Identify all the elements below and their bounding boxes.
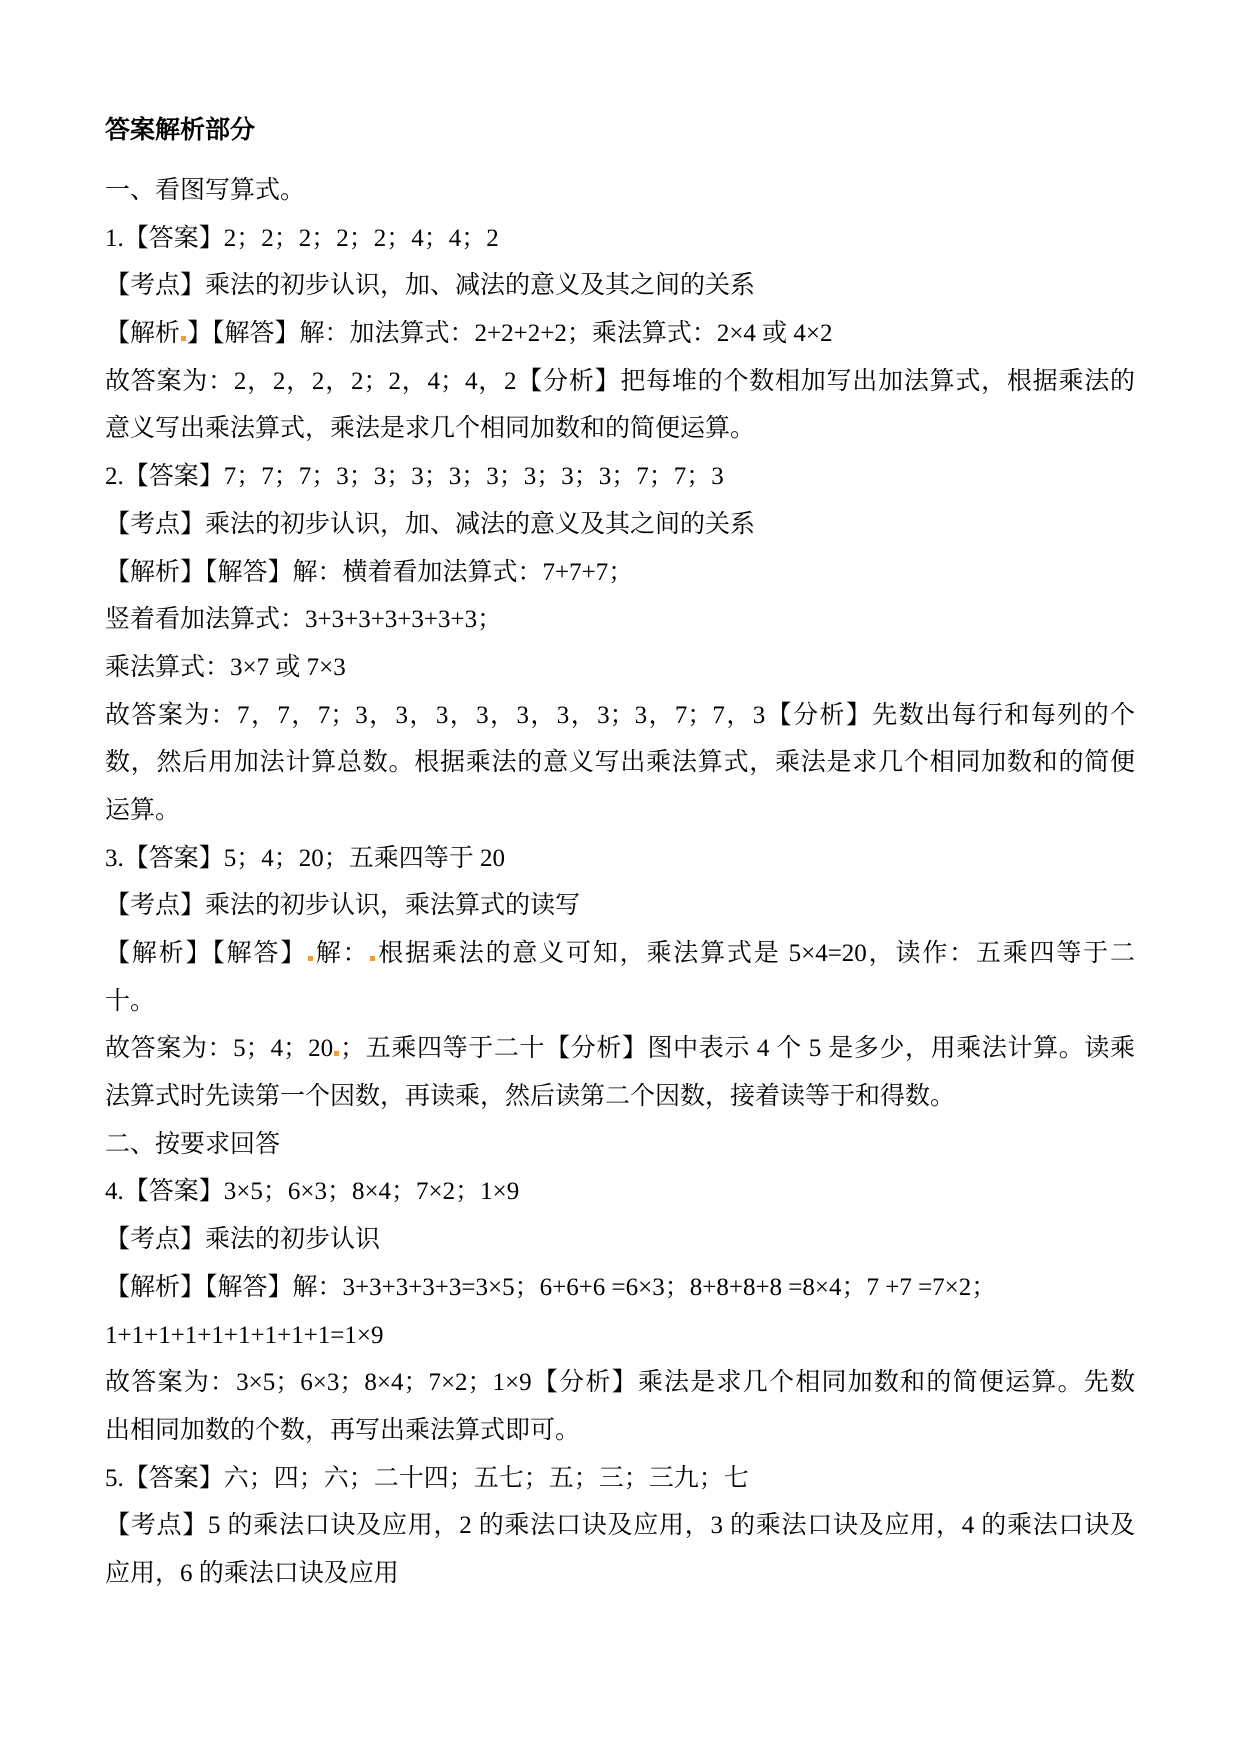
document-line: 【解析】【解答】解：根据乘法的意义可知，乘法算式是 5×4=20，读作：五乘四等… xyxy=(105,930,1135,978)
document-line: 1+1+1+1+1+1+1+1+1=1×9 xyxy=(105,1312,1135,1360)
document-line: 故答案为：7，7，7；3，3，3，3，3，3，3；3，7；7，3【分析】先数出每… xyxy=(105,692,1135,740)
document-line: 【解析】【解答】解：横着看加法算式：7+7+7； xyxy=(105,549,1135,597)
document-line: 应用，6 的乘法口诀及应用 xyxy=(105,1550,1135,1598)
document-line: 5.【答案】六；四；六；二十四；五七；五；三；三九；七 xyxy=(105,1455,1135,1503)
document-line: 2.【答案】7；7；7；3；3；3；3；3；3；3；3；7；7；3 xyxy=(105,453,1135,501)
proofing-mark-dot xyxy=(370,956,375,961)
document-line: 二、按要求回答 xyxy=(105,1121,1135,1169)
document-line: 【考点】5 的乘法口诀及应用，2 的乘法口诀及应用，3 的乘法口诀及应用，4 的… xyxy=(105,1502,1135,1550)
document-line: 【考点】乘法的初步认识，加、减法的意义及其之间的关系 xyxy=(105,262,1135,310)
document-line: 【考点】乘法的初步认识，乘法算式的读写 xyxy=(105,882,1135,930)
document-line: 【解析】【解答】解：加法算式：2+2+2+2；乘法算式：2×4 或 4×2 xyxy=(105,310,1135,358)
document-line: 故答案为：2，2，2，2；2，4；4，2【分析】把每堆的个数相加写出加法算式，根… xyxy=(105,358,1135,406)
document-line: 故答案为：3×5；6×3；8×4；7×2；1×9【分析】乘法是求几个相同加数和的… xyxy=(105,1359,1135,1407)
document-line: 1.【答案】2；2；2；2；2；4；4；2 xyxy=(105,215,1135,263)
document-line: 【考点】乘法的初步认识，加、减法的意义及其之间的关系 xyxy=(105,501,1135,549)
document-line: 一、看图写算式。 xyxy=(105,167,1135,215)
document-line: 竖着看加法算式：3+3+3+3+3+3+3； xyxy=(105,596,1135,644)
document-title: 答案解析部分 xyxy=(105,107,1135,155)
document-line: 出相同加数的个数，再写出乘法算式即可。 xyxy=(105,1407,1135,1455)
document-line: 乘法算式：3×7 或 7×3 xyxy=(105,644,1135,692)
document-body: 一、看图写算式。1.【答案】2；2；2；2；2；4；4；2【考点】乘法的初步认识… xyxy=(105,167,1135,1598)
proofing-mark-dot xyxy=(334,1051,339,1056)
document-line: 法算式时先读第一个因数，再读乘，然后读第二个因数，接着读等于和得数。 xyxy=(105,1073,1135,1121)
document-line: 数，然后用加法计算总数。根据乘法的意义写出乘法算式，乘法是求几个相同加数和的简便 xyxy=(105,739,1135,787)
document-line: 【考点】乘法的初步认识 xyxy=(105,1216,1135,1264)
document-line: 运算。 xyxy=(105,787,1135,835)
document-line: 【解析】【解答】解：3+3+3+3+3=3×5；6+6+6 =6×3；8+8+8… xyxy=(105,1264,1135,1312)
document-line: 4.【答案】3×5；6×3；8×4；7×2；1×9 xyxy=(105,1168,1135,1216)
document-line: 3.【答案】5；4；20；五乘四等于 20 xyxy=(105,835,1135,883)
document-line: 故答案为：5；4；20；五乘四等于二十【分析】图中表示 4 个 5 是多少，用乘… xyxy=(105,1025,1135,1073)
document-page: 答案解析部分 一、看图写算式。1.【答案】2；2；2；2；2；4；4；2【考点】… xyxy=(0,0,1241,1754)
document-line: 十。 xyxy=(105,978,1135,1026)
proofing-mark-dot xyxy=(308,956,313,961)
document-line: 意义写出乘法算式，乘法是求几个相同加数和的简便运算。 xyxy=(105,405,1135,453)
proofing-mark-dot xyxy=(181,336,186,341)
